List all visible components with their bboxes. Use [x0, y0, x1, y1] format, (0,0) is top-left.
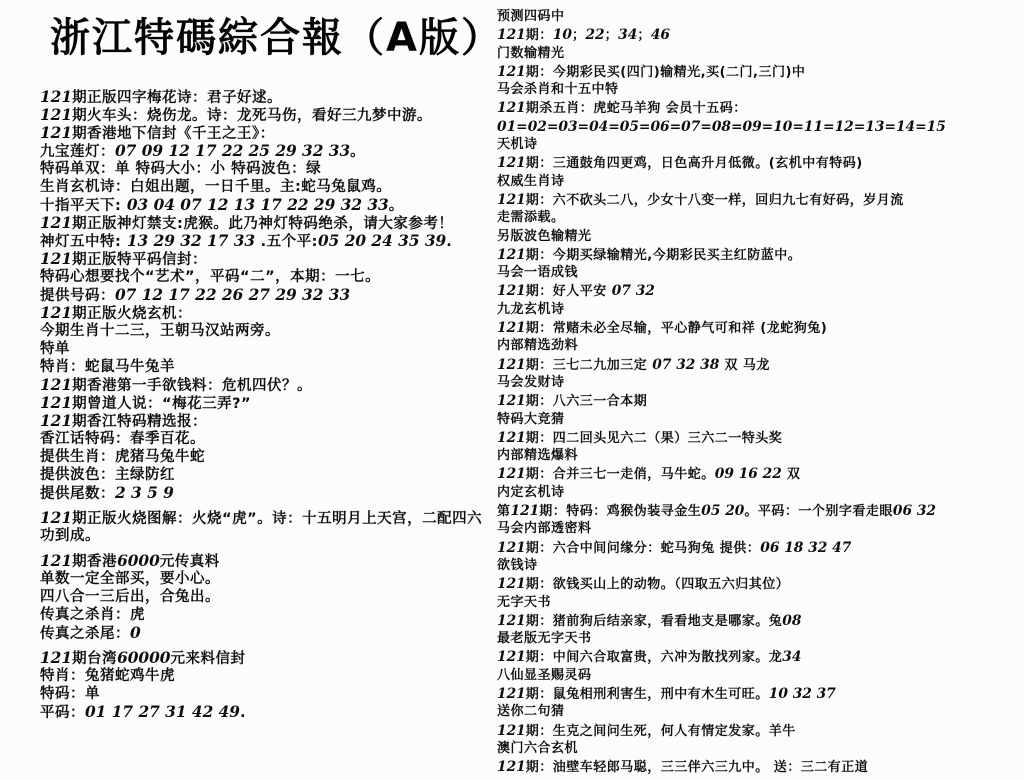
text-line: 内部精选劲料: [497, 337, 1024, 355]
text-line: 121期：三通鼓角四更鸡，日色高升月低微。(玄机中有特码): [497, 154, 1024, 172]
number-run: 121: [497, 27, 526, 43]
text-line: 马会内部透密料: [497, 520, 1024, 538]
number-run: 34: [618, 27, 637, 43]
number-run: 121: [40, 88, 72, 106]
text-line: 预测四码中: [497, 8, 1024, 26]
text-line: 平码：01 17 27 31 42 49.: [40, 703, 510, 721]
number-run: 121: [497, 576, 526, 592]
number-run: 46: [651, 27, 670, 43]
text-line: 权威生肖诗: [497, 173, 1024, 191]
number-run: 121: [497, 466, 526, 482]
number-run: 07 09 12 17 22 25 29 32 33: [115, 142, 350, 160]
text-line: [40, 642, 510, 649]
number-run: 121: [497, 155, 526, 171]
text-line: 121期：常赌未必全尽输，平心静气可和祥 (龙蛇狗兔): [497, 319, 1024, 337]
number-run: 121: [497, 64, 526, 80]
text-line: 121期：六不砍头二八，少女十八变一样，回归九七有好码，岁月流: [497, 191, 1024, 209]
text-line: 121期：三七二九加三定 07 32 38 双 马龙: [497, 356, 1024, 374]
text-line: 121期：油壁车轻郎马聪，三三伴六三九中。 送：三二有正道: [497, 758, 1024, 776]
number-run: 121: [497, 320, 526, 336]
text-line: 121期：猪前狗后结亲家，看看地支是哪家。兔08: [497, 612, 1024, 630]
text-line: 121期：八六三一合本期: [497, 392, 1024, 410]
number-run: 121: [497, 759, 526, 775]
text-line: 另版波色输精光: [497, 228, 1024, 246]
number-run: 10 32 37: [769, 686, 836, 702]
number-run: 121: [497, 540, 526, 556]
number-run: 121: [497, 723, 526, 739]
text-line: [40, 545, 510, 552]
number-run: 07 12 17 22 26 27 29 32 33: [115, 286, 350, 304]
number-run: 0: [130, 624, 141, 642]
text-line: 四八合一三后出，合兔出。: [40, 588, 510, 606]
number-run: 121: [40, 394, 72, 412]
number-run: 121: [40, 106, 72, 124]
text-line: 马会杀肖和十五中特: [497, 81, 1024, 99]
number-run: 06 32: [893, 503, 936, 519]
number-run: 121: [497, 247, 526, 263]
text-line: 121期：六合中间问缘分：蛇马狗兔 提供：06 18 32 47: [497, 539, 1024, 557]
left-column: 121期正版四字梅花诗：君子好逑。121期火车头：烧伤龙。诗：龙死马伤，看好三九…: [40, 88, 510, 721]
number-run: 01 17 27 31 42 49: [85, 703, 240, 721]
number-run: 121: [497, 192, 526, 208]
text-line: 01=02=03=04=05=06=07=08=09=10=11=12=13=1…: [497, 118, 1024, 136]
text-line: 今期生肖十二三，王朝马汉站两旁。: [40, 322, 510, 340]
number-run: 121: [497, 686, 526, 702]
text-line: 121期：好人平安 07 32: [497, 282, 1024, 300]
text-line: 121期曾道人说：“梅花三弄?”: [40, 394, 510, 412]
text-line: 传真之杀肖：虎: [40, 606, 510, 624]
number-run: 121: [511, 503, 540, 519]
text-line: 121期火车头：烧伤龙。诗：龙死马伤，看好三九梦中游。: [40, 106, 510, 124]
number-run: 06 18 32 47: [760, 540, 851, 556]
text-line: 121期：合并三七一走俏，马牛蛇。09 16 22 双: [497, 465, 1024, 483]
text-line: 送你二句猜: [497, 703, 1024, 721]
number-run: 121: [497, 283, 526, 299]
right-column: 预测四码中121期：10；22；34；46门数输精光121期：今期彩民买(四门)…: [497, 8, 1024, 776]
text-line: 八仙显圣赐灵码: [497, 667, 1024, 685]
text-line: 121期杀五肖：虎蛇马羊狗 会员十五码：: [497, 99, 1024, 117]
text-line: 神灯五中特: 13 29 32 17 33 .五个平:05 20 24 35 3…: [40, 232, 510, 250]
text-line: 121期香江特码精选报：: [40, 412, 510, 430]
number-run: 121: [497, 430, 526, 446]
number-run: 10: [553, 27, 572, 43]
text-line: 马会发财诗: [497, 374, 1024, 392]
number-run: 121: [497, 393, 526, 409]
text-line: 121期正版特平码信封：: [40, 250, 510, 268]
text-line: 九宝莲灯：07 09 12 17 22 25 29 32 33。: [40, 142, 510, 160]
number-run: 121: [497, 100, 526, 116]
text-line: 特单: [40, 340, 510, 358]
number-run: 121: [40, 304, 72, 322]
text-line: 九龙玄机诗: [497, 301, 1024, 319]
number-run: 13 29 32 17 33: [127, 232, 255, 250]
number-run: 07 32 38: [652, 357, 719, 373]
text-line: 特码心想要找个“艺术”，平码“二”，本期：一七。: [40, 268, 510, 286]
text-line: [40, 502, 510, 509]
text-line: 特肖：蛇鼠马牛兔羊: [40, 358, 510, 376]
text-line: 特码：单: [40, 685, 510, 703]
text-line: 提供波色：主绿防红: [40, 466, 510, 484]
number-run: 121: [40, 412, 72, 430]
number-run: 6000: [117, 552, 160, 570]
text-line: 十指平天下: 03 04 07 12 13 17 22 29 32 33。: [40, 196, 510, 214]
text-line: 121期香港第一手欲钱料：危机四伏？。: [40, 376, 510, 394]
text-line: 121期：今期买绿输精光,今期彩民买主红防蓝中。: [497, 246, 1024, 264]
text-line: 121期：四二回头见六二（果）三六二一特头奖: [497, 429, 1024, 447]
text-line: 121期台湾60000元来料信封: [40, 649, 510, 667]
newspaper-page: 浙江特碼綜合報（A版） 121期正版四字梅花诗：君子好逑。121期火车头：烧伤龙…: [0, 0, 1024, 780]
text-line: 121期：鼠兔相刑利害生，刑中有木生可旺。10 32 37: [497, 685, 1024, 703]
number-run: 121: [40, 649, 72, 667]
number-run: 60000: [117, 649, 170, 667]
number-run: 121: [40, 376, 72, 394]
text-line: 特码大竞猜: [497, 411, 1024, 429]
text-line: 门数输精光: [497, 45, 1024, 63]
text-line: 特码单双：单 特码大小：小 特码波色：绿: [40, 160, 510, 178]
number-run: 05 20 24 35 39: [318, 232, 446, 250]
text-line: 特肖：兔猪蛇鸡牛虎: [40, 667, 510, 685]
text-line: 提供尾数：2 3 5 9: [40, 484, 510, 502]
number-run: 03 04 07 12 13 17 22 29 32 33: [127, 196, 389, 214]
text-line: 121期：中间六合取富贵，六冲为散找列家。龙34: [497, 648, 1024, 666]
text-line: 121期正版四字梅花诗：君子好逑。: [40, 88, 510, 106]
text-line: 传真之杀尾：0: [40, 624, 510, 642]
text-line: 生肖玄机诗：白姐出题，一日千里。主:蛇马兔鼠鸡。: [40, 178, 510, 196]
text-line: 第121期：特码：鸡猴伪装寻金生05 20。平码：一个别字看走眼06 32: [497, 502, 1024, 520]
text-line: 马会一语成钱: [497, 264, 1024, 282]
text-line: 121期正版神灯禁支:虎猴。此乃神灯特码绝杀，请大家参考！: [40, 214, 510, 232]
page-title: 浙江特碼綜合報（A版）: [50, 6, 503, 63]
text-line: 121期正版火烧图解：火烧“虎”。诗：十五明月上天宫，二配四六: [40, 509, 510, 527]
number-run: 121: [497, 649, 526, 665]
number-run: 121: [40, 552, 72, 570]
number-run: 34: [782, 649, 801, 665]
number-run: 121: [497, 357, 526, 373]
number-run: 09 16 22: [715, 466, 782, 482]
text-line: 走需添载。: [497, 209, 1024, 227]
text-line: 提供号码：07 12 17 22 26 27 29 32 33: [40, 286, 510, 304]
text-line: 澳门六合玄机: [497, 740, 1024, 758]
number-run: 121: [40, 124, 72, 142]
text-line: 121期：10；22；34；46: [497, 26, 1024, 44]
text-line: 天机诗: [497, 136, 1024, 154]
number-run: 121: [497, 613, 526, 629]
number-run: 121: [40, 250, 72, 268]
number-run: 2 3 5 9: [115, 484, 174, 502]
text-line: 121期：生克之间问生死，何人有情定发家。羊牛: [497, 722, 1024, 740]
text-line: 提供生肖：虎猪马兔牛蛇: [40, 448, 510, 466]
text-line: 121期：欲钱买山上的动物。（四取五六归其位）: [497, 575, 1024, 593]
text-line: 121期香港地下信封《千王之王》：: [40, 124, 510, 142]
text-line: 香江话特码：春季百花。: [40, 430, 510, 448]
text-line: 内定玄机诗: [497, 484, 1024, 502]
number-run: 121: [40, 509, 72, 527]
text-line: 121期正版火烧玄机：: [40, 304, 510, 322]
number-run: 07 32: [612, 283, 655, 299]
text-line: 121期：今期彩民买(四门)输精光,买(二门,三门)中: [497, 63, 1024, 81]
text-line: 最老版无字天书: [497, 630, 1024, 648]
number-run: 05 20: [701, 503, 744, 519]
number-run: 121: [40, 214, 72, 232]
text-line: 无字天书: [497, 594, 1024, 612]
number-run: 01=02=03=04=05=06=07=08=09=10=11=12=13=1…: [497, 119, 946, 135]
number-run: 22: [585, 27, 604, 43]
text-line: 单数一定全部买，要小心。: [40, 570, 510, 588]
text-line: 欲钱诗: [497, 557, 1024, 575]
text-line: 内部精选爆料: [497, 447, 1024, 465]
number-run: 08: [782, 613, 801, 629]
text-line: 功到成。: [40, 527, 510, 545]
text-line: 121期香港6000元传真料: [40, 552, 510, 570]
